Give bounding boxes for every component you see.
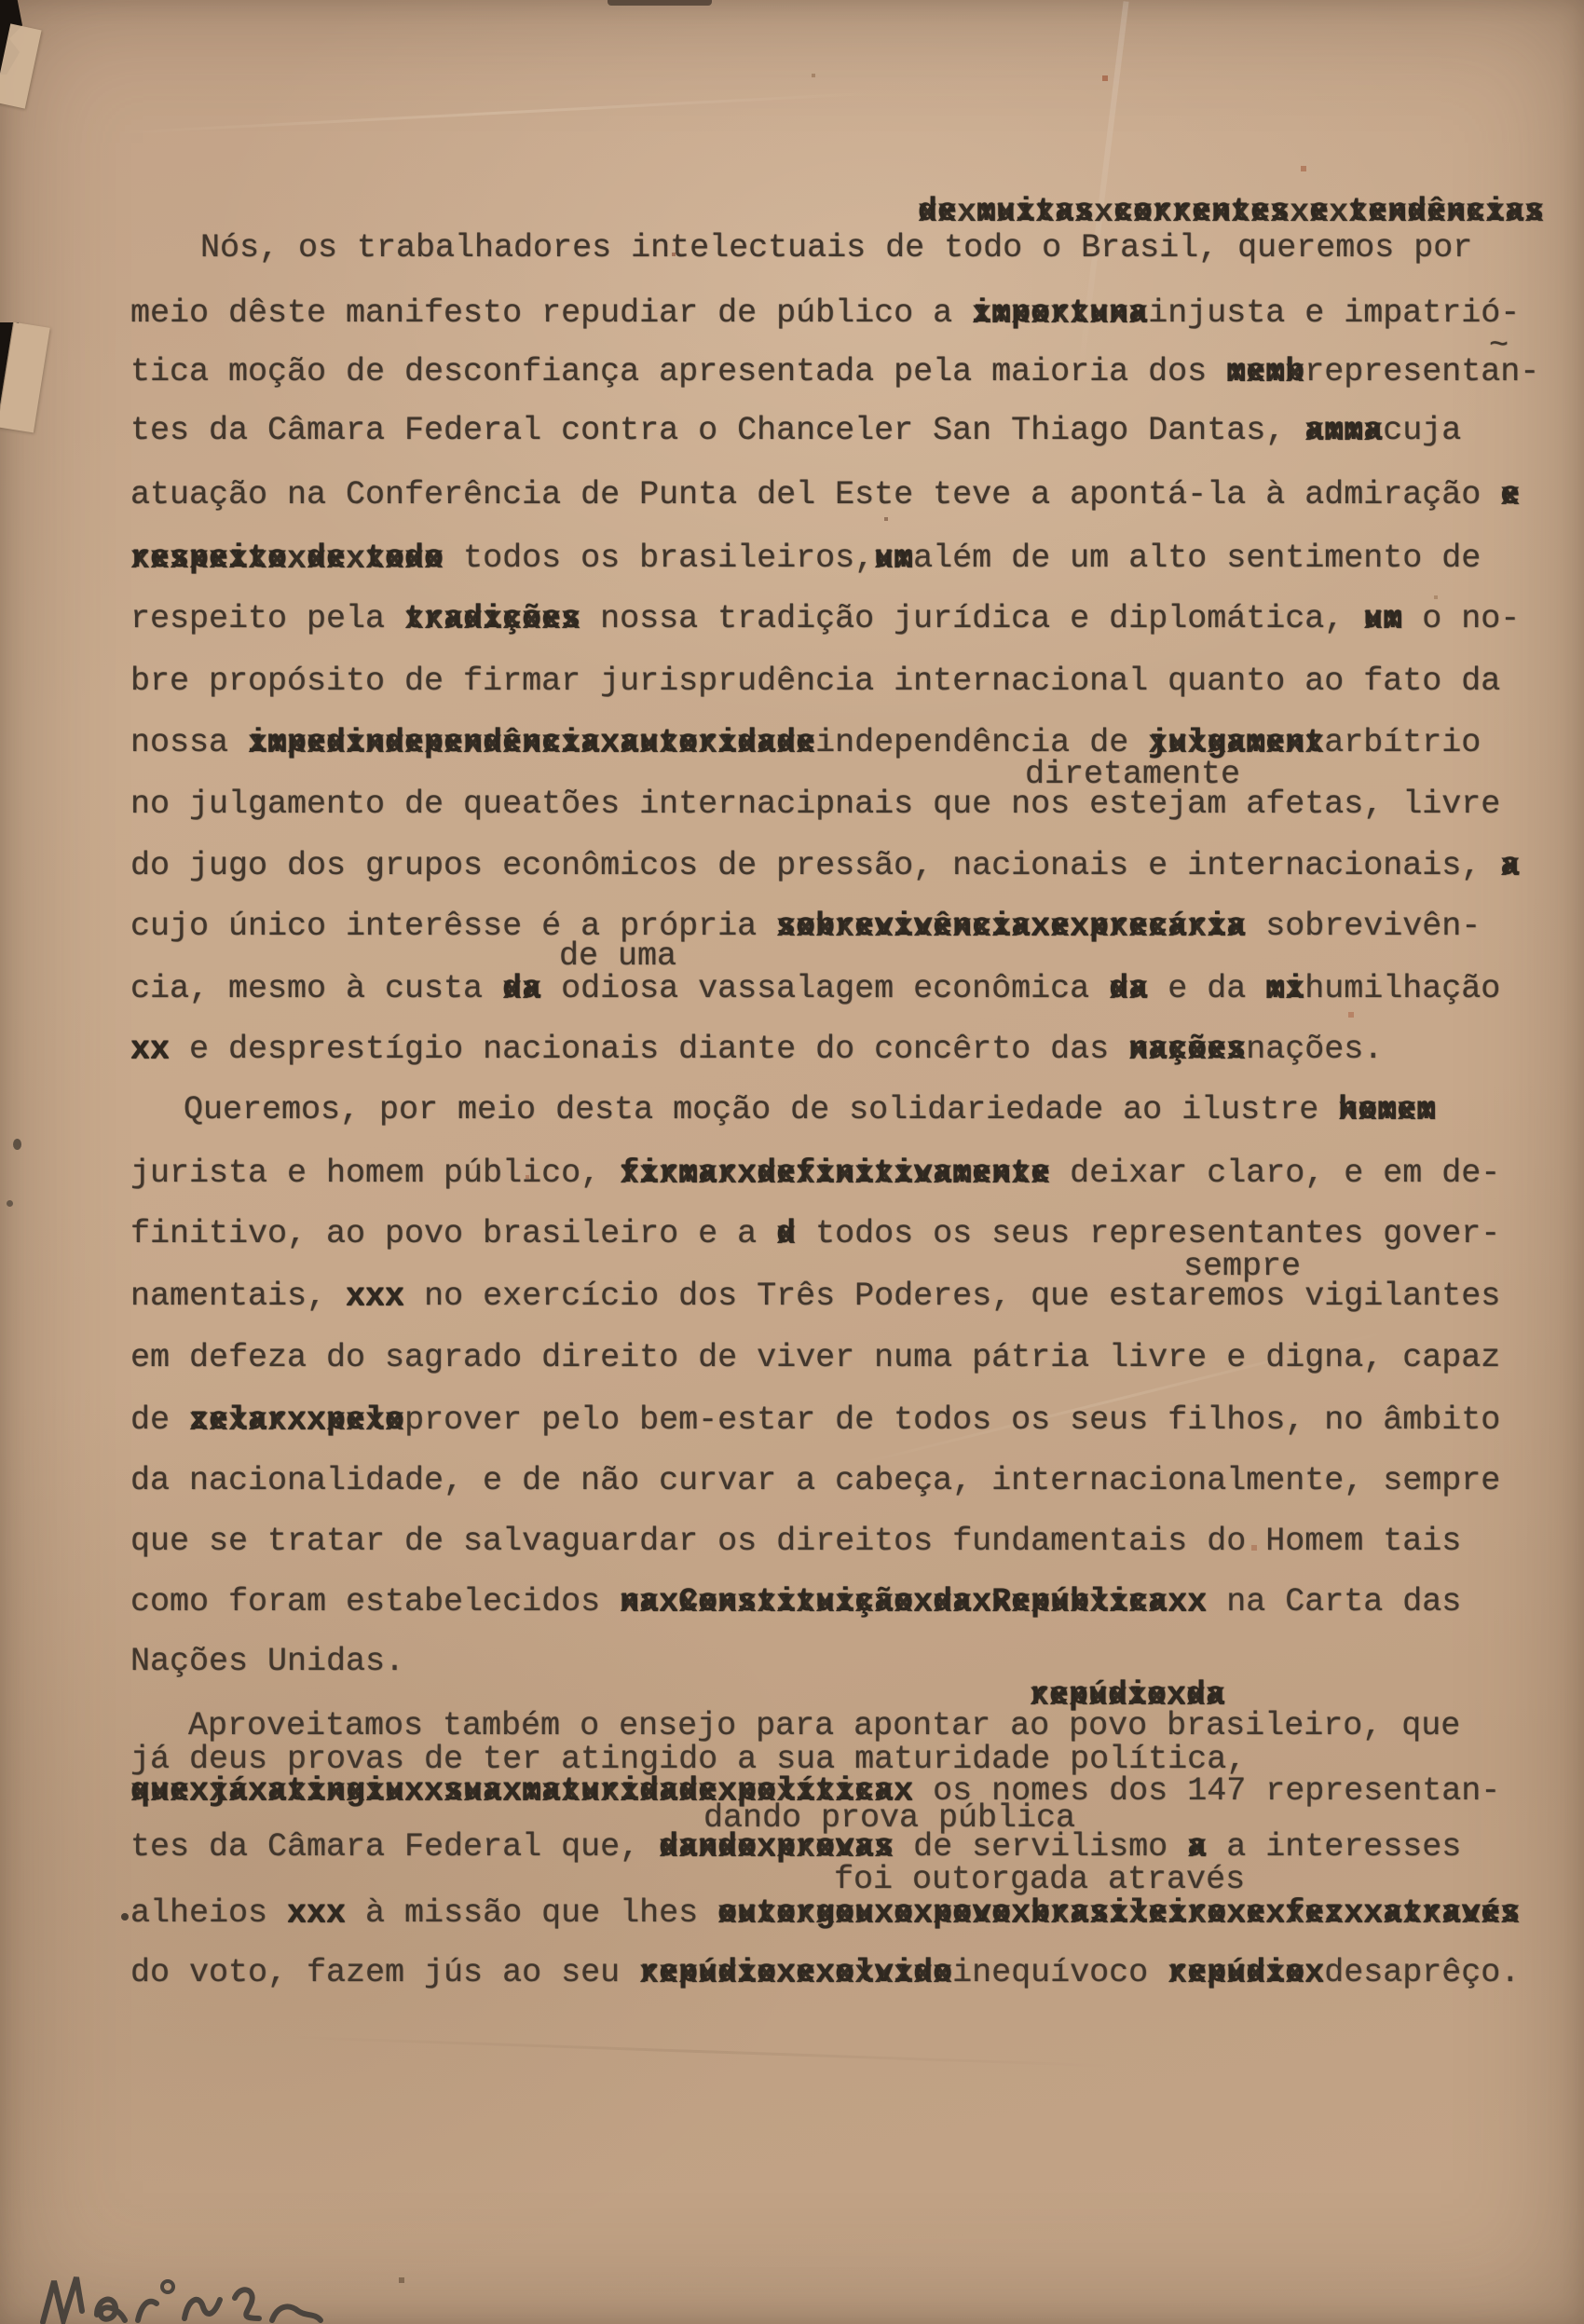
struck-text: dandoxprovasxxxxxxxxxxxx — [659, 1829, 894, 1866]
struck-text: respeito de todoxxxxxxxxxxxxxxxx — [130, 540, 444, 577]
struck-text: ammaxxxx — [1304, 413, 1383, 449]
text-line: meio dêste manifesto repudiar de público… — [130, 295, 1520, 332]
text-segment: da nacionalidade, e de não curvar a cabe… — [130, 1462, 1500, 1499]
struck-text: sobrevivênciaxexprecáriaxxxxxxxxxxxxxxxx… — [776, 909, 1246, 945]
ink-smudge — [121, 1913, 129, 1921]
text-segment: no exercício dos Três Poderes, que estar… — [404, 1278, 1500, 1315]
text-segment: foi outorgada através — [834, 1861, 1245, 1898]
text-segment: que se tratar de salvaguardar os direito… — [130, 1523, 1461, 1560]
text-line: Aproveitamos também o ensejo para aponta… — [188, 1708, 1460, 1744]
text-line: nossa impedindependênciaxautoridadexxxxx… — [130, 725, 1481, 761]
text-segment: jurista e homem público, — [130, 1155, 620, 1192]
text-segment: alheios — [130, 1894, 287, 1932]
struck-text: outorgouxoxpovoxbrasileiroxexfezxxatravé… — [717, 1895, 1520, 1932]
struck-text: de muitas correntes e tendênciasxxxxxxxx… — [918, 194, 1544, 230]
typewritten-page: de muitas correntes e tendênciasxxxxxxxx… — [0, 0, 1584, 2324]
text-segment: à missão que lhes — [346, 1894, 717, 1932]
text-segment: finitivo, ao povo brasileiro e a — [130, 1215, 776, 1252]
text-line: tes da Câmara Federal contra o Chanceler… — [130, 413, 1461, 449]
struck-text: ax — [1500, 848, 1520, 884]
text-line: da nacionalidade, e de não curvar a cabe… — [130, 1463, 1500, 1499]
struck-text: daxx — [1109, 971, 1148, 1007]
text-segment: humilhação — [1304, 970, 1500, 1007]
text-line: Nós, os trabalhadores intelectuais de to… — [200, 230, 1472, 267]
text-segment: cujo único interêsse é a própria — [130, 908, 776, 945]
text-line: cujo único interêsse é a própria sobrevi… — [130, 909, 1481, 945]
text-segment: a interesses — [1207, 1828, 1461, 1866]
text-segment: de servilismo — [894, 1828, 1187, 1866]
paper-specks — [0, 0, 2, 2]
text-segment: atuação na Conferência de Punta del Este… — [130, 476, 1500, 513]
text-line: atuação na Conferência de Punta del Este… — [130, 477, 1520, 513]
struck-text: umxx — [1363, 601, 1402, 637]
text-segment: representan- — [1304, 353, 1539, 390]
text-line: que se tratar de salvaguardar os direito… — [130, 1524, 1461, 1560]
struck-text: tradiçõesxxxxxxxxx — [404, 601, 580, 637]
text-segment: do voto, fazem jús ao seu — [130, 1954, 639, 1991]
text-segment: deixar claro, e em de- — [1050, 1155, 1500, 1192]
struck-text: naxConstituiçãoxdaxRepúblicaxxxxxxxxxxxx… — [620, 1584, 1207, 1620]
text-segment: como foram estabelecidos — [130, 1583, 620, 1620]
struck-text: ex — [1500, 477, 1520, 513]
text-line: namentais, xxxxxx no exercício dos Três … — [130, 1278, 1500, 1315]
text-segment: nossa tradição jurídica e diplomática, — [580, 600, 1363, 637]
text-line: respeito de todoxxxxxxxxxxxxxxxx todos o… — [130, 540, 1481, 577]
text-segment: e da — [1148, 970, 1265, 1007]
text-segment: todos os brasileiros, — [444, 540, 874, 577]
struck-text: naçõesxxxxxx — [1128, 1032, 1246, 1068]
struck-text: xxxx — [130, 1032, 170, 1068]
text-segment: meio dêste manifesto repudiar de público… — [130, 294, 972, 332]
struck-text: repúdioxxxxxxxxx — [1168, 1955, 1324, 1991]
text-segment: inequívoco — [952, 1954, 1168, 1991]
interline-insert: foi outorgada através — [834, 1862, 1245, 1898]
struck-text: daxx — [502, 971, 541, 1007]
struck-text: zelarxxpeloxxxxxxxxxxx — [189, 1402, 404, 1439]
text-line: no julgamento de queatões internacipnais… — [130, 786, 1500, 823]
text-line: respeito pela tradiçõesxxxxxxxxx nossa t… — [130, 601, 1520, 637]
struck-text: importunaxxxxxxxxx — [972, 295, 1148, 332]
ink-smudge — [13, 1139, 21, 1150]
ink-smudge — [7, 1200, 13, 1207]
text-segment: no julgamento de queatões internacipnais… — [130, 786, 1500, 823]
struck-text: homemxxxxx — [1338, 1092, 1436, 1128]
paper-crease — [280, 2035, 1118, 2067]
struck-text: dx — [776, 1216, 796, 1252]
text-segment: namentais, — [130, 1278, 346, 1315]
text-segment: desaprêço. — [1324, 1954, 1520, 1991]
text-segment: respeito pela — [130, 600, 404, 637]
struck-text: xxxxxx — [346, 1278, 404, 1315]
text-line: como foram estabelecidos naxConstituição… — [130, 1584, 1461, 1620]
interline-insert: de uma — [559, 938, 676, 975]
text-line: finitivo, ao povo brasileiro e a dx todo… — [130, 1216, 1500, 1252]
text-line: Nações Unidas. — [130, 1644, 404, 1680]
paper-crease — [112, 92, 875, 135]
text-line: bre propósito de firmar jurisprudência i… — [130, 663, 1500, 700]
text-segment: Aproveitamos também o ensejo para aponta… — [188, 1707, 1460, 1744]
text-segment: todos os seus representantes gover- — [796, 1215, 1500, 1252]
text-segment: Queremos, por meio desta moção de solida… — [184, 1091, 1338, 1128]
struck-text: repúdioxexolvidoxxxxxxxxxxxxxxxx — [639, 1955, 952, 1991]
text-segment: de uma — [559, 937, 676, 975]
handwriting-mark — [28, 2266, 345, 2324]
struck-text: umxx — [874, 540, 913, 577]
text-segment: tica moção de desconfiança apresentada p… — [130, 353, 1226, 390]
text-line: cia, mesmo à custa daxx odiosa vassalage… — [130, 971, 1500, 1007]
text-line: de zelarxxpeloxxxxxxxxxxxprover pelo bem… — [130, 1402, 1500, 1439]
text-segment: o no- — [1402, 600, 1520, 637]
struck-text: ax — [1187, 1829, 1207, 1866]
text-segment: prover pelo bem-estar de todos os seus f… — [404, 1401, 1500, 1439]
text-segment: tes da Câmara Federal que, — [130, 1828, 659, 1866]
top-edge-shadow — [608, 0, 712, 6]
text-line: tica moção de desconfiança apresentada p… — [130, 354, 1539, 390]
text-segment: odiosa vassalagem econômica — [541, 970, 1109, 1007]
text-line: Queremos, por meio desta moção de solida… — [184, 1092, 1436, 1128]
struck-text: membxxxx — [1226, 354, 1304, 390]
text-segment: de — [130, 1401, 189, 1439]
text-line: xxxx e desprestígio nacionais diante do … — [130, 1032, 1383, 1068]
text-segment: nossa — [130, 724, 248, 761]
text-line: alheios xxxxxx à missão que lhes outorgo… — [130, 1895, 1520, 1932]
text-line: do jugo dos grupos econômicos de pressão… — [130, 848, 1520, 884]
text-segment: injusta e impatrió- — [1148, 294, 1520, 332]
text-line: tes da Câmara Federal que, dandoxprovasx… — [130, 1829, 1461, 1866]
struck-text: mixx — [1265, 971, 1304, 1007]
text-segment: nações. — [1246, 1031, 1383, 1068]
text-line: jurista e homem público, firmarxdefiniti… — [130, 1155, 1500, 1192]
text-segment: Nações Unidas. — [130, 1643, 404, 1680]
text-segment: em defeza do sagrado direito de viver nu… — [130, 1339, 1500, 1376]
text-segment: na Carta das — [1207, 1583, 1461, 1620]
struck-text: xxxxxx — [287, 1895, 346, 1932]
text-segment: do jugo dos grupos econômicos de pressão… — [130, 847, 1500, 884]
struck-text: firmarxdefinitivamentexxxxxxxxxxxxxxxxxx… — [620, 1155, 1050, 1192]
text-segment: tes da Câmara Federal contra o Chanceler… — [130, 412, 1304, 449]
text-segment: bre propósito de firmar jurisprudência i… — [130, 663, 1500, 700]
text-segment: além de um alto sentimento de — [913, 540, 1481, 577]
struck-text: impedindependênciaxautoridadexxxxxxxxxxx… — [248, 725, 815, 761]
text-segment: Nós, os trabalhadores intelectuais de to… — [200, 229, 1472, 267]
text-line: em defeza do sagrado direito de viver nu… — [130, 1340, 1500, 1376]
text-line: do voto, fazem jús ao seu repúdioxexolvi… — [130, 1955, 1520, 1991]
text-segment: e desprestígio nacionais diante do concê… — [170, 1031, 1128, 1068]
text-segment: cia, mesmo à custa — [130, 970, 502, 1007]
struck-header-line: de muitas correntes e tendênciasxxxxxxxx… — [918, 194, 1544, 230]
text-segment: sobrevivên- — [1246, 908, 1481, 945]
text-segment: arbítrio — [1324, 724, 1481, 761]
text-segment: cuja — [1383, 412, 1461, 449]
